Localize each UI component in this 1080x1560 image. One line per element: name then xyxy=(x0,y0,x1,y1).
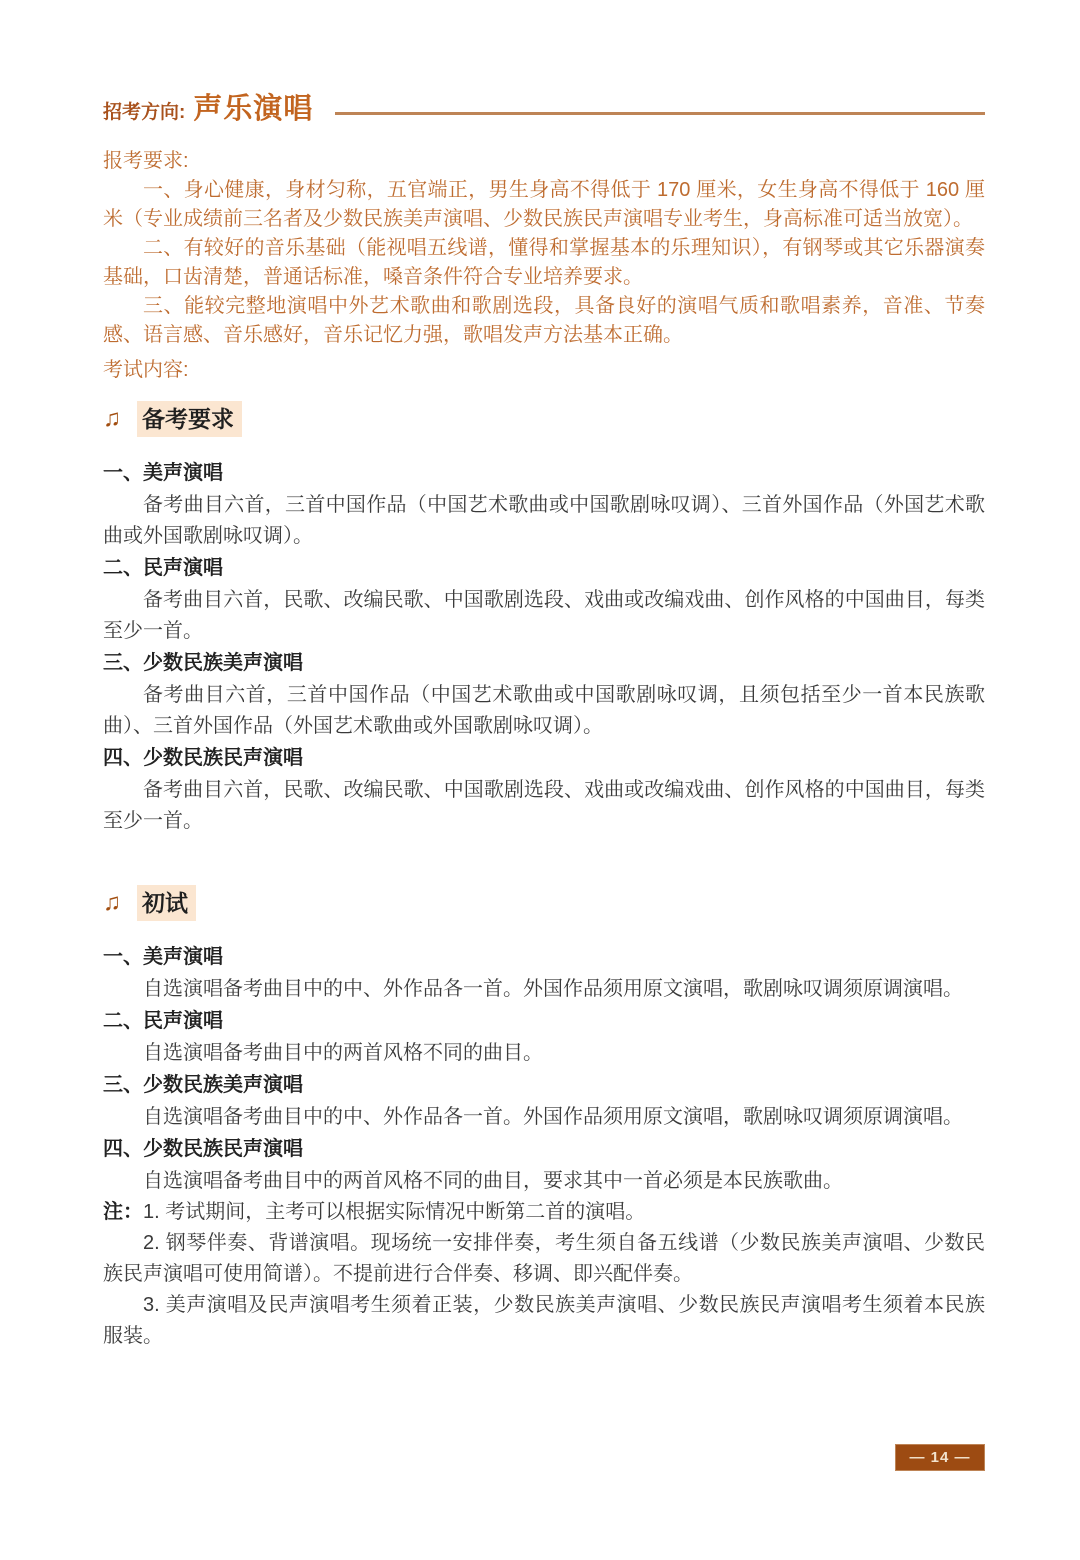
doc-header: 招考方向: 声乐演唱 xyxy=(103,86,985,127)
list-item: 一、美声演唱 自选演唱备考曲目中的中、外作品各一首。外国作品须用原文演唱，歌剧咏… xyxy=(103,941,985,1005)
item-body: 备考曲目六首，三首中国作品（中国艺术歌曲或中国歌剧咏叹调，且须包括至少一首本民族… xyxy=(103,680,985,742)
section-preparation-requirements: ♫ 备考要求 一、美声演唱 备考曲目六首，三首中国作品（中国艺术歌曲或中国歌剧咏… xyxy=(103,401,985,837)
item-heading: 二、民声演唱 xyxy=(103,552,985,585)
header-label: 招考方向: xyxy=(103,97,185,124)
list-item: 二、民声演唱 自选演唱备考曲目中的两首风格不同的曲目。 xyxy=(103,1005,985,1069)
page-title: 声乐演唱 xyxy=(193,86,313,127)
note-prefix: 注： xyxy=(103,1201,143,1223)
section-title-row: ♫ 备考要求 xyxy=(103,401,985,437)
document-page: 招考方向: 声乐演唱 报考要求: 一、身心健康，身材匀称，五官端正，男生身高不得… xyxy=(0,0,1080,1560)
intro-paragraph-2: 二、有较好的音乐基础（能视唱五线谱，懂得和掌握基本的乐理知识），有钢琴或其它乐器… xyxy=(103,234,985,292)
page-number-badge: — 14 — xyxy=(895,1444,985,1471)
intro-paragraph-1: 一、身心健康，身材匀称，五官端正，男生身高不得低于 170 厘米，女生身高不得低… xyxy=(103,176,985,234)
item-body: 备考曲目六首，民歌、改编民歌、中国歌剧选段、戏曲或改编戏曲、创作风格的中国曲目，… xyxy=(103,775,985,837)
item-body: 自选演唱备考曲目中的中、外作品各一首。外国作品须用原文演唱，歌剧咏叹调须原调演唱… xyxy=(103,1102,985,1133)
music-note-icon: ♫ xyxy=(103,885,121,921)
intro-label: 报考要求: xyxy=(103,147,985,176)
item-heading: 一、美声演唱 xyxy=(103,941,985,974)
section-title-row: ♫ 初试 xyxy=(103,885,985,921)
list-item: 三、少数民族美声演唱 自选演唱备考曲目中的中、外作品各一首。外国作品须用原文演唱… xyxy=(103,1069,985,1133)
note-line: 3. 美声演唱及民声演唱考生须着正装，少数民族美声演唱、少数民族民声演唱考生须着… xyxy=(103,1290,985,1352)
list-item: 四、少数民族民声演唱 备考曲目六首，民歌、改编民歌、中国歌剧选段、戏曲或改编戏曲… xyxy=(103,742,985,837)
list-item: 四、少数民族民声演唱 自选演唱备考曲目中的两首风格不同的曲目，要求其中一首必须是… xyxy=(103,1133,985,1197)
section-first-test: ♫ 初试 一、美声演唱 自选演唱备考曲目中的中、外作品各一首。外国作品须用原文演… xyxy=(103,885,985,1197)
item-body: 自选演唱备考曲目中的两首风格不同的曲目。 xyxy=(103,1038,985,1069)
page-content: 招考方向: 声乐演唱 报考要求: 一、身心健康，身材匀称，五官端正，男生身高不得… xyxy=(103,86,985,1352)
item-heading: 三、少数民族美声演唱 xyxy=(103,647,985,680)
music-note-icon: ♫ xyxy=(103,401,121,437)
exam-content-label: 考试内容: xyxy=(103,356,985,385)
note-line: 注：1. 考试期间，主考可以根据实际情况中断第二首的演唱。 xyxy=(103,1197,985,1228)
item-body: 自选演唱备考曲目中的两首风格不同的曲目，要求其中一首必须是本民族歌曲。 xyxy=(103,1166,985,1197)
list-item: 二、民声演唱 备考曲目六首，民歌、改编民歌、中国歌剧选段、戏曲或改编戏曲、创作风… xyxy=(103,552,985,647)
item-body: 备考曲目六首，民歌、改编民歌、中国歌剧选段、戏曲或改编戏曲、创作风格的中国曲目，… xyxy=(103,585,985,647)
item-heading: 四、少数民族民声演唱 xyxy=(103,1133,985,1166)
item-heading: 一、美声演唱 xyxy=(103,457,985,490)
list-item: 一、美声演唱 备考曲目六首，三首中国作品（中国艺术歌曲或中国歌剧咏叹调）、三首外… xyxy=(103,457,985,552)
section-title: 备考要求 xyxy=(137,401,242,437)
section-title: 初试 xyxy=(137,885,196,921)
item-body: 备考曲目六首，三首中国作品（中国艺术歌曲或中国歌剧咏叹调）、三首外国作品（外国艺… xyxy=(103,490,985,552)
item-heading: 二、民声演唱 xyxy=(103,1005,985,1038)
item-heading: 四、少数民族民声演唱 xyxy=(103,742,985,775)
list-item: 三、少数民族美声演唱 备考曲目六首，三首中国作品（中国艺术歌曲或中国歌剧咏叹调，… xyxy=(103,647,985,742)
notes-block: 注：1. 考试期间，主考可以根据实际情况中断第二首的演唱。 2. 钢琴伴奏、背谱… xyxy=(103,1197,985,1352)
note-text: 1. 考试期间，主考可以根据实际情况中断第二首的演唱。 xyxy=(143,1201,645,1223)
item-body: 自选演唱备考曲目中的中、外作品各一首。外国作品须用原文演唱，歌剧咏叹调须原调演唱… xyxy=(103,974,985,1005)
header-rule xyxy=(335,112,985,115)
intro-block: 报考要求: 一、身心健康，身材匀称，五官端正，男生身高不得低于 170 厘米，女… xyxy=(103,147,985,385)
note-line: 2. 钢琴伴奏、背谱演唱。现场统一安排伴奏，考生须自备五线谱（少数民族美声演唱、… xyxy=(103,1228,985,1290)
item-heading: 三、少数民族美声演唱 xyxy=(103,1069,985,1102)
intro-paragraph-3: 三、能较完整地演唱中外艺术歌曲和歌剧选段，具备良好的演唱气质和歌唱素养，音准、节… xyxy=(103,292,985,350)
